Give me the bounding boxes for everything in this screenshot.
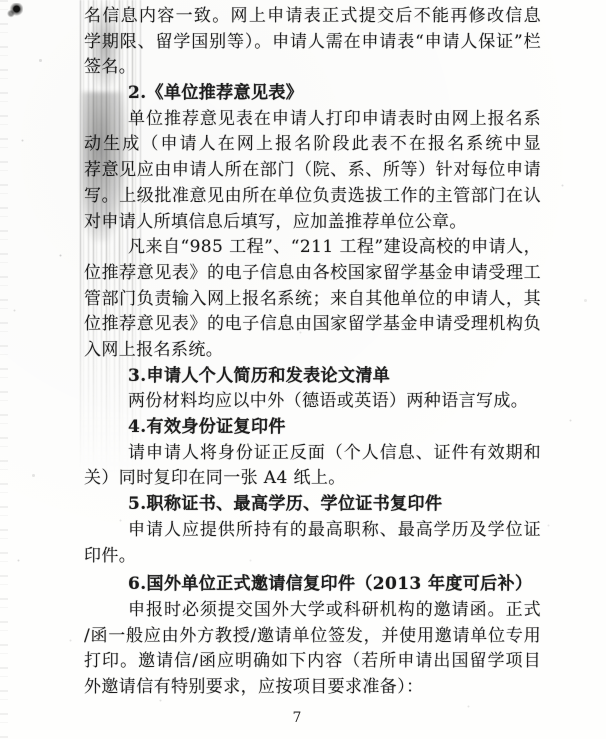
text-line: 外邀请信有特别要求，应按项目要求准备）： bbox=[84, 675, 541, 701]
text-line: 凡来自“985 工程”、“211 工程”建设高校的申请人，其《单 bbox=[84, 235, 541, 261]
text-line: 管部门负责输入网上报名系统；来自其他单位的申请人，其《单 bbox=[84, 287, 541, 313]
text-line: 名信息内容一致。网上申请表正式提交后不能再修改信息（如留 bbox=[84, 4, 541, 30]
document-body: 名信息内容一致。网上申请表正式提交后不能再修改信息（如留 学期限、留学国别等）。… bbox=[84, 4, 541, 701]
text-line: 动生成（申请人在网上报名阶段此表不在报名系统中显示）。推 bbox=[84, 132, 541, 158]
text-line: 请申请人将身份证正反面（个人信息、证件有效期和发证机 bbox=[84, 441, 541, 467]
section-heading: 6.国外单位正式邀请信复印件（2013 年度可后补） bbox=[84, 572, 541, 598]
text-line: 对申请人所填信息后填写，应加盖推荐单位公章。 bbox=[84, 210, 541, 236]
section-heading: 4.有效身份证复印件 bbox=[84, 415, 541, 441]
section-heading: 5.职称证书、最高学历、学位证书复印件 bbox=[84, 492, 541, 518]
text-line: 打印。邀请信/函应明确如下内容（若所申请出国留学项目对国 bbox=[84, 649, 541, 675]
text-line: /函一般应由外方教授/邀请单位签发，并使用邀请单位专用信纸 bbox=[84, 624, 541, 650]
scanned-document-page: 名信息内容一致。网上申请表正式提交后不能再修改信息（如留 学期限、留学国别等）。… bbox=[0, 0, 606, 739]
text-line: 两份材料均应以中外（德语或英语）两种语言写成。 bbox=[84, 389, 541, 415]
text-line: 单位推荐意见表在申请人打印申请表时由网上报名系统自 bbox=[84, 107, 541, 133]
page-number: 7 bbox=[0, 708, 594, 728]
text-line: 入网上报名系统。 bbox=[84, 338, 541, 364]
text-line: 学期限、留学国别等）。申请人需在申请表“申请人保证”栏中 bbox=[84, 30, 541, 56]
text-line: 位推荐意见表》的电子信息由国家留学基金申请受理机构负责输 bbox=[84, 312, 541, 338]
text-line: 写。上级批准意见由所在单位负责选拔工作的主管部门在认真核 bbox=[84, 184, 541, 210]
text-line: 申报时必须提交国外大学或科研机构的邀请函。正式邀请信 bbox=[84, 598, 541, 624]
section-heading: 3.申请人个人简历和发表论文清单 bbox=[84, 364, 541, 390]
text-line: 位推荐意见表》的电子信息由各校国家留学基金申请受理工作主 bbox=[84, 261, 541, 287]
section-heading: 2.《单位推荐意见表》 bbox=[84, 81, 541, 107]
text-line: 关）同时复印在同一张 A4 纸上。 bbox=[84, 466, 541, 492]
scan-edge-noise bbox=[0, 0, 8, 739]
scan-speckle-noise bbox=[0, 0, 1, 1]
ink-blot-artifact bbox=[7, 3, 23, 18]
text-line: 申请人应提供所持有的最高职称、最高学历及学位证书的复 bbox=[84, 518, 541, 544]
text-line: 签名。 bbox=[84, 55, 541, 81]
text-line: 印件。 bbox=[84, 544, 541, 570]
text-line: 荐意见应由申请人所在部门（院、系、所等）针对每位申请人填 bbox=[84, 158, 541, 184]
